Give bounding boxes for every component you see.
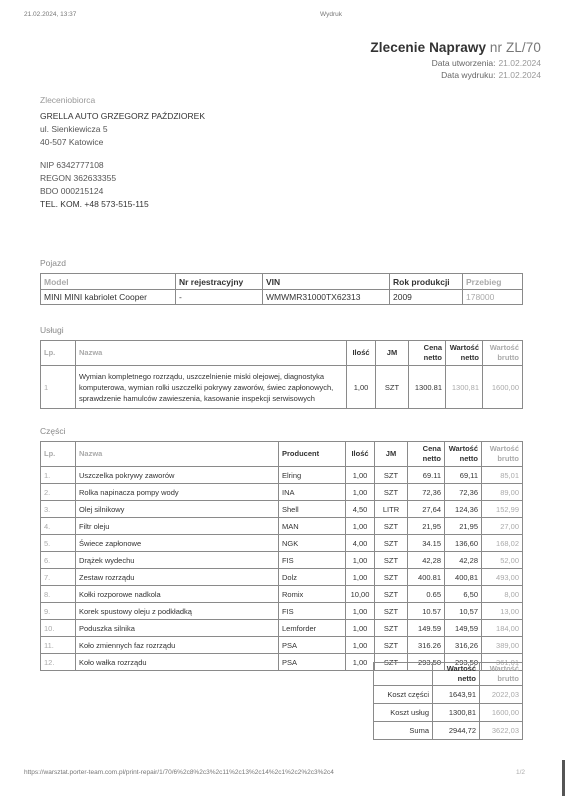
vehicle-table: Model Nr rejestracyjny VIN Rok produkcji… [40,273,523,305]
row-price-net: 27,64 [408,501,445,518]
header-name: Nazwa [76,442,279,467]
row-price-net: 0.65 [408,586,445,603]
row-lp: 3. [41,501,76,518]
title-prefix: Zlecenie Naprawy [370,40,486,55]
table-row: 8.Kołki rozporowe nadkolaRomix10,00SZT0.… [41,586,523,603]
row-qty: 1,00 [346,484,375,501]
row-value-gross: 1600,00 [483,366,523,409]
totals-header-gross: Wartośćbrutto [480,663,523,686]
row-value-gross: 13,00 [482,603,523,620]
row-unit: SZT [375,586,408,603]
row-name: Rolka napinacza pompy wody [76,484,279,501]
table-row: 2.Rolka napinacza pompy wodyINA1,00SZT72… [41,484,523,501]
row-price-net: 21,95 [408,518,445,535]
row-lp: 6. [41,552,76,569]
issuer-block: Zleceniobiorca GRELLA AUTO GRZEGORZ PAŹD… [40,94,205,211]
print-title: Wydruk [320,11,342,18]
row-value-gross: 85,01 [482,467,523,484]
row-lp: 5. [41,535,76,552]
totals-row: Koszt części1643,912022,03 [374,686,523,704]
row-producer: MAN [279,518,346,535]
row-qty: 1,00 [346,603,375,620]
totals-header-net: Wartośćnetto [433,663,480,686]
row-price-net: 149.59 [408,620,445,637]
vehicle-row: MINI MINI kabriolet Cooper - WMWMR31000T… [41,290,523,305]
row-unit: SZT [375,467,408,484]
header-lp: Lp. [41,341,76,366]
row-value-gross: 389,00 [482,637,523,654]
document-header: Zlecenie Naprawy nr ZL/70 Data utworzeni… [370,40,541,81]
totals-label: Koszt części [374,686,433,704]
row-unit: SZT [375,569,408,586]
footer-url: https://warsztat.porter-team.com.pl/prin… [24,769,334,776]
totals-row: Koszt usług1300,811600,00 [374,704,523,722]
totals-header-empty [374,663,433,686]
row-value-net: 21,95 [445,518,482,535]
totals-gross: 3622,03 [480,722,523,740]
row-name: Filtr oleju [76,518,279,535]
issuer-name: GRELLA AUTO GRZEGORZ PAŹDZIOREK [40,110,205,123]
row-unit: SZT [375,518,408,535]
row-unit: SZT [375,484,408,501]
services-section-label: Usługi [40,325,64,335]
row-price-net: 69.11 [408,467,445,484]
printed-value: 21.02.2024 [498,70,541,80]
header-vin: VIN [263,274,390,290]
row-qty: 1,00 [346,552,375,569]
row-value-gross: 27,00 [482,518,523,535]
issuer-nip: NIP 6342777108 [40,159,205,172]
header-registration: Nr rejestracyjny [176,274,263,290]
header-qty: Ilość [347,341,376,366]
header-unit: JM [375,442,408,467]
row-value-net: 1300,81 [446,366,483,409]
header-name: Nazwa [76,341,347,366]
row-value-net: 10,57 [445,603,482,620]
header-value-net: Wartośćnetto [445,442,482,467]
table-row: 10.Poduszka silnikaLemforder1,00SZT149.5… [41,620,523,637]
issuer-city: 40-507 Katowice [40,136,205,149]
order-number: nr ZL/70 [490,40,541,55]
parts-table: Lp. Nazwa Producent Ilość JM Cenanetto W… [40,441,523,671]
row-unit: SZT [375,535,408,552]
header-producer: Producent [279,442,346,467]
printed-label: Data wydruku: [441,70,495,80]
row-value-net: 316,26 [445,637,482,654]
row-producer: Dolz [279,569,346,586]
issuer-bdo: BDO 000215124 [40,185,205,198]
row-name: Świece zapłonowe [76,535,279,552]
totals-label: Koszt usług [374,704,433,722]
vehicle-vin: WMWMR31000TX62313 [263,290,390,305]
vehicle-year: 2009 [390,290,463,305]
row-value-net: 42,28 [445,552,482,569]
row-qty: 4,00 [346,535,375,552]
row-value-gross: 8,00 [482,586,523,603]
row-qty: 4,50 [346,501,375,518]
header-value-gross: Wartośćbrutto [482,442,523,467]
row-producer: FIS [279,552,346,569]
services-header-row: Lp. Nazwa Ilość JM Cenanetto Wartośćnett… [41,341,523,366]
row-price-net: 42,28 [408,552,445,569]
row-name: Koło wałka rozrządu [76,654,279,671]
print-timestamp: 21.02.2024, 13:37 [24,11,76,18]
row-value-net: 136,60 [445,535,482,552]
row-qty: 1,00 [346,637,375,654]
row-lp: 2. [41,484,76,501]
row-name: Poduszka silnika [76,620,279,637]
row-value-net: 6,50 [445,586,482,603]
row-lp: 9. [41,603,76,620]
services-table: Lp. Nazwa Ilość JM Cenanetto Wartośćnett… [40,340,523,409]
row-producer: PSA [279,654,346,671]
print-header: 21.02.2024, 13:37 Wydruk [24,11,541,21]
row-producer: Lemforder [279,620,346,637]
table-row: 5.Świece zapłonoweNGK4,00SZT34.15136,601… [41,535,523,552]
row-value-gross: 493,00 [482,569,523,586]
row-value-gross: 184,00 [482,620,523,637]
row-value-net: 400,81 [445,569,482,586]
row-value-net: 69,11 [445,467,482,484]
vehicle-registration: - [176,290,263,305]
totals-gross: 2022,03 [480,686,523,704]
row-qty: 1,00 [346,654,375,671]
row-price-net: 72,36 [408,484,445,501]
row-qty: 1,00 [347,366,376,409]
row-qty: 1,00 [346,467,375,484]
row-value-gross: 168,02 [482,535,523,552]
parts-section-label: Części [40,426,66,436]
header-unit: JM [376,341,409,366]
row-qty: 1,00 [346,569,375,586]
header-value-gross: Wartośćbrutto [483,341,523,366]
totals-gross: 1600,00 [480,704,523,722]
totals-net: 1643,91 [433,686,480,704]
row-name: Kołki rozporowe nadkola [76,586,279,603]
row-name: Uszczelka pokrywy zaworów [76,467,279,484]
table-row: 4.Filtr olejuMAN1,00SZT21,9521,9527,00 [41,518,523,535]
row-name: Korek spustowy oleju z podkładką [76,603,279,620]
row-qty: 1,00 [346,620,375,637]
totals-net: 1300,81 [433,704,480,722]
row-value-net: 72,36 [445,484,482,501]
row-producer: NGK [279,535,346,552]
table-row: 1.Uszczelka pokrywy zaworówElring1,00SZT… [41,467,523,484]
table-row: 11.Koło zmiennych faz rozrząduPSA1,00SZT… [41,637,523,654]
vehicle-model: MINI MINI kabriolet Cooper [41,290,176,305]
issuer-regon: REGON 362633355 [40,172,205,185]
row-lp: 12. [41,654,76,671]
row-value-net: 149,59 [445,620,482,637]
row-unit: SZT [375,620,408,637]
row-unit: SZT [375,552,408,569]
issuer-street: ul. Sienkiewicza 5 [40,123,205,136]
document-dates: Data utworzenia:21.02.2024 Data wydruku:… [370,58,541,81]
header-production-year: Rok produkcji [390,274,463,290]
row-name: Zestaw rozrządu [76,569,279,586]
header-price-net: Cenanetto [409,341,446,366]
table-row: 6.Drążek wydechuFIS1,00SZT42,2842,2852,0… [41,552,523,569]
table-row: 3.Olej silnikowyShell4,50LITR27,64124,36… [41,501,523,518]
row-price-net: 400.81 [408,569,445,586]
page-number: 1/2 [516,769,525,776]
row-name: Koło zmiennych faz rozrządu [76,637,279,654]
row-price-net: 10.57 [408,603,445,620]
row-price-net: 34.15 [408,535,445,552]
row-qty: 1,00 [346,518,375,535]
row-unit: SZT [375,637,408,654]
issuer-phone: TEL. KOM. +48 573-515-115 [40,198,205,211]
totals-table: Wartośćnetto Wartośćbrutto Koszt części1… [373,662,523,740]
vehicle-header-row: Model Nr rejestracyjny VIN Rok produkcji… [41,274,523,290]
row-name: Drążek wydechu [76,552,279,569]
table-row: 7.Zestaw rozrząduDolz1,00SZT400.81400,81… [41,569,523,586]
row-value-gross: 52,00 [482,552,523,569]
row-lp: 7. [41,569,76,586]
vehicle-section-label: Pojazd [40,258,66,268]
print-footer: https://warsztat.porter-team.com.pl/prin… [24,769,541,776]
row-lp: 1. [41,467,76,484]
row-producer: PSA [279,637,346,654]
header-value-net: Wartośćnetto [446,341,483,366]
row-price-net: 316.26 [408,637,445,654]
row-producer: FIS [279,603,346,620]
totals-label: Suma [374,722,433,740]
row-producer: Elring [279,467,346,484]
row-value-net: 124,36 [445,501,482,518]
row-lp: 8. [41,586,76,603]
created-value: 21.02.2024 [498,58,541,68]
row-lp: 1 [41,366,76,409]
header-model: Model [41,274,176,290]
parts-header-row: Lp. Nazwa Producent Ilość JM Cenanetto W… [41,442,523,467]
row-producer: Romix [279,586,346,603]
row-unit: SZT [375,603,408,620]
row-value-gross: 152,99 [482,501,523,518]
row-lp: 11. [41,637,76,654]
row-lp: 4. [41,518,76,535]
row-unit: LITR [375,501,408,518]
header-mileage: Przebieg [463,274,523,290]
totals-net: 2944,72 [433,722,480,740]
row-value-gross: 89,00 [482,484,523,501]
issuer-label: Zleceniobiorca [40,94,205,107]
table-row: 9.Korek spustowy oleju z podkładkąFIS1,0… [41,603,523,620]
row-name: Wymian kompletnego rozrządu, uszczelnien… [76,366,347,409]
header-lp: Lp. [41,442,76,467]
row-producer: INA [279,484,346,501]
row-lp: 10. [41,620,76,637]
totals-row: Suma2944,723622,03 [374,722,523,740]
created-label: Data utworzenia: [432,58,496,68]
header-price-net: Cenanetto [408,442,445,467]
row-producer: Shell [279,501,346,518]
row-price-net: 1300.81 [409,366,446,409]
row-name: Olej silnikowy [76,501,279,518]
row-qty: 10,00 [346,586,375,603]
table-row: 1Wymian kompletnego rozrządu, uszczelnie… [41,366,523,409]
vehicle-mileage: 178000 [463,290,523,305]
totals-header-row: Wartośćnetto Wartośćbrutto [374,663,523,686]
header-qty: Ilość [346,442,375,467]
document-title: Zlecenie Naprawy nr ZL/70 [370,40,541,55]
row-unit: SZT [376,366,409,409]
